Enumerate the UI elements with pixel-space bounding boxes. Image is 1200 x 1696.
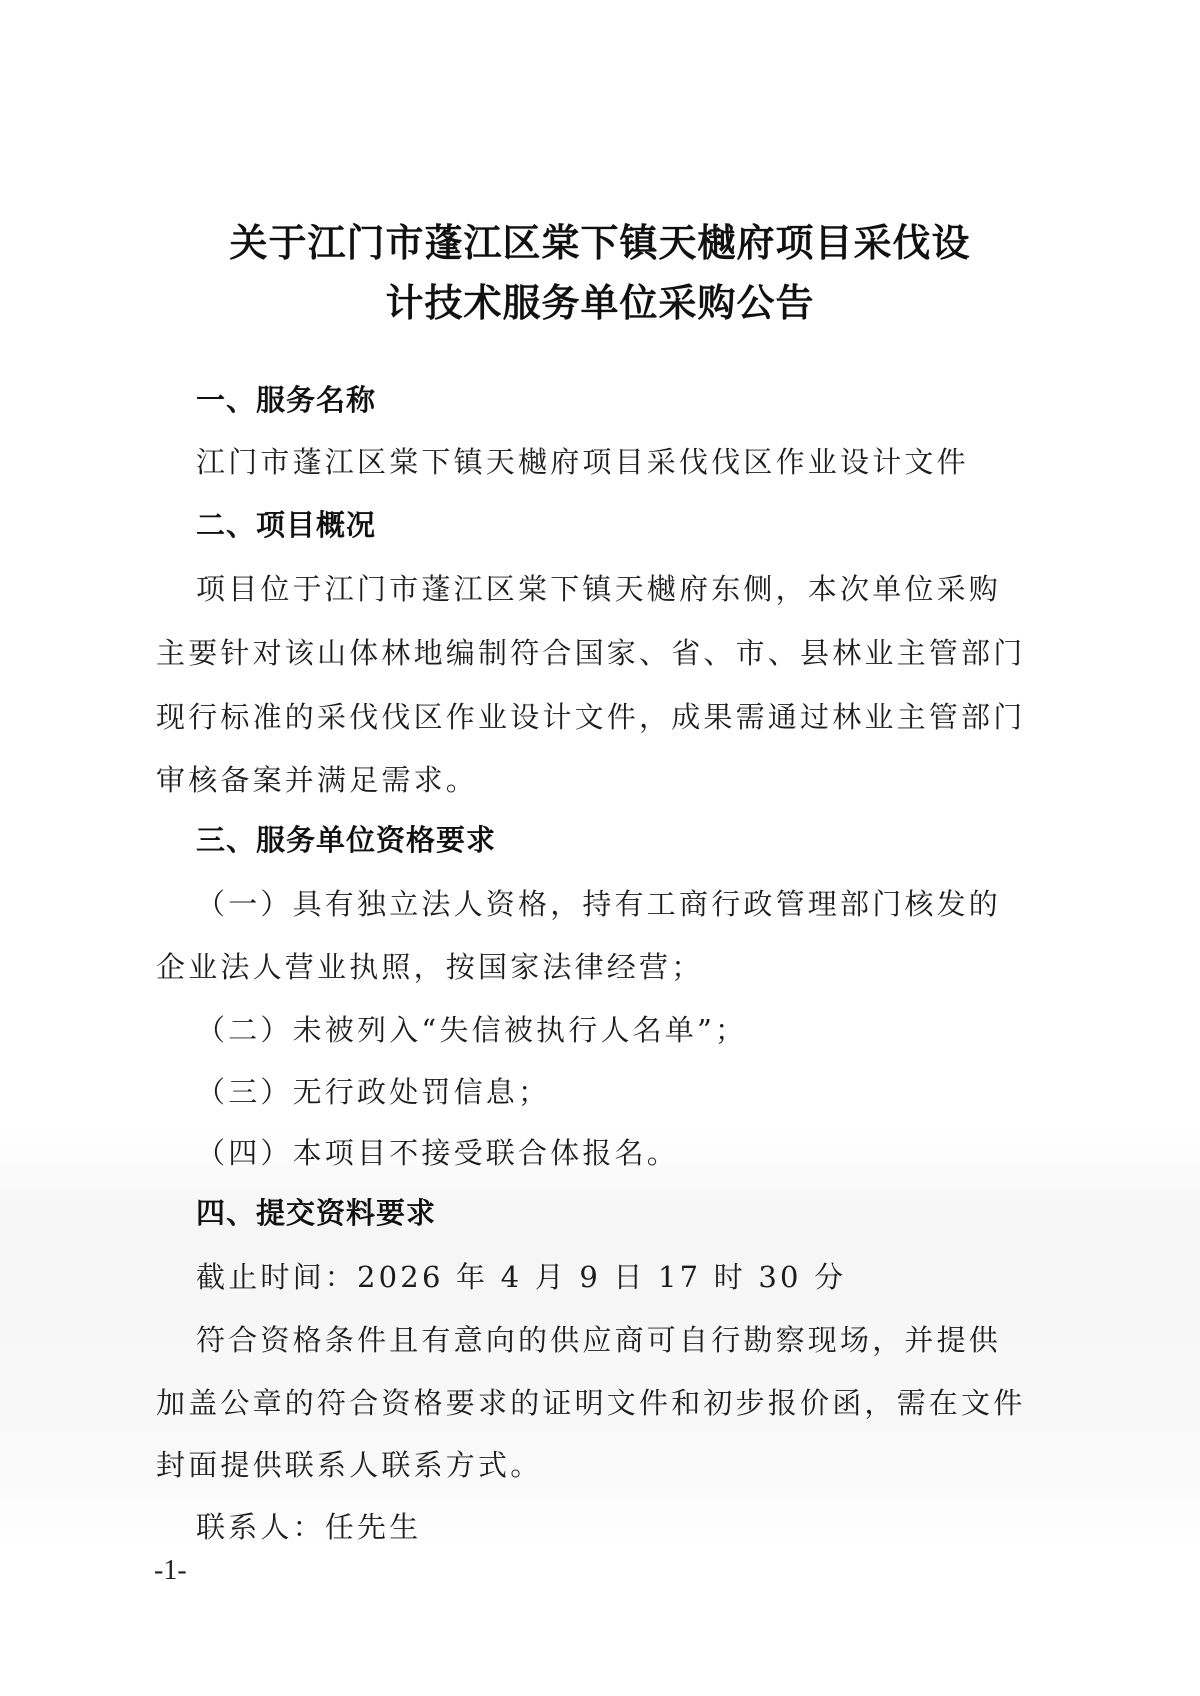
contact-person: 联系人：任先生 [196, 1505, 421, 1546]
qualification-item-3: （三）无行政处罚信息； [196, 1070, 550, 1111]
project-overview-line-4: 审核备案并满足需求。 [156, 758, 478, 799]
page-number: -1- [154, 1555, 187, 1587]
service-name-text: 江门市蓬江区棠下镇天樾府项目采伐伐区作业设计文件 [196, 440, 969, 481]
document-title-line-1: 关于江门市蓬江区棠下镇天樾府项目采伐设 [0, 212, 1200, 267]
qualification-item-1-line-2: 企业法人营业执照，按国家法律经营； [156, 945, 703, 986]
qualification-item-2: （二）未被列入“失信被执行人名单”； [196, 1008, 747, 1049]
submission-line-1: 符合资格条件且有意向的供应商可自行勘察现场，并提供 [196, 1318, 1001, 1359]
qualification-item-1-line-1: （一）具有独立法人资格，持有工商行政管理部门核发的 [196, 882, 1001, 923]
qualification-item-4: （四）本项目不接受联合体报名。 [196, 1131, 679, 1172]
project-overview-line-2: 主要针对该山体林地编制符合国家、省、市、县林业主管部门 [156, 631, 1025, 672]
document-page: 关于江门市蓬江区棠下镇天樾府项目采伐设 计技术服务单位采购公告 一、服务名称 江… [0, 0, 1200, 1696]
submission-line-3: 封面提供联系人联系方式。 [156, 1443, 542, 1484]
submission-line-2: 加盖公章的符合资格要求的证明文件和初步报价函，需在文件 [156, 1381, 1025, 1422]
deadline-text: 截止时间：2026 年 4 月 9 日 17 时 30 分 [196, 1255, 846, 1296]
project-overview-line-1: 项目位于江门市蓬江区棠下镇天樾府东侧，本次单位采购 [196, 567, 1001, 608]
document-title-line-2: 计技术服务单位采购公告 [0, 272, 1200, 327]
project-overview-line-3: 现行标准的采伐伐区作业设计文件，成果需通过林业主管部门 [156, 695, 1025, 736]
section-heading-service-name: 一、服务名称 [196, 378, 376, 419]
section-heading-project-overview: 二、项目概况 [196, 503, 376, 544]
section-heading-qualification: 三、服务单位资格要求 [196, 818, 496, 859]
section-heading-submission: 四、提交资料要求 [196, 1191, 436, 1232]
